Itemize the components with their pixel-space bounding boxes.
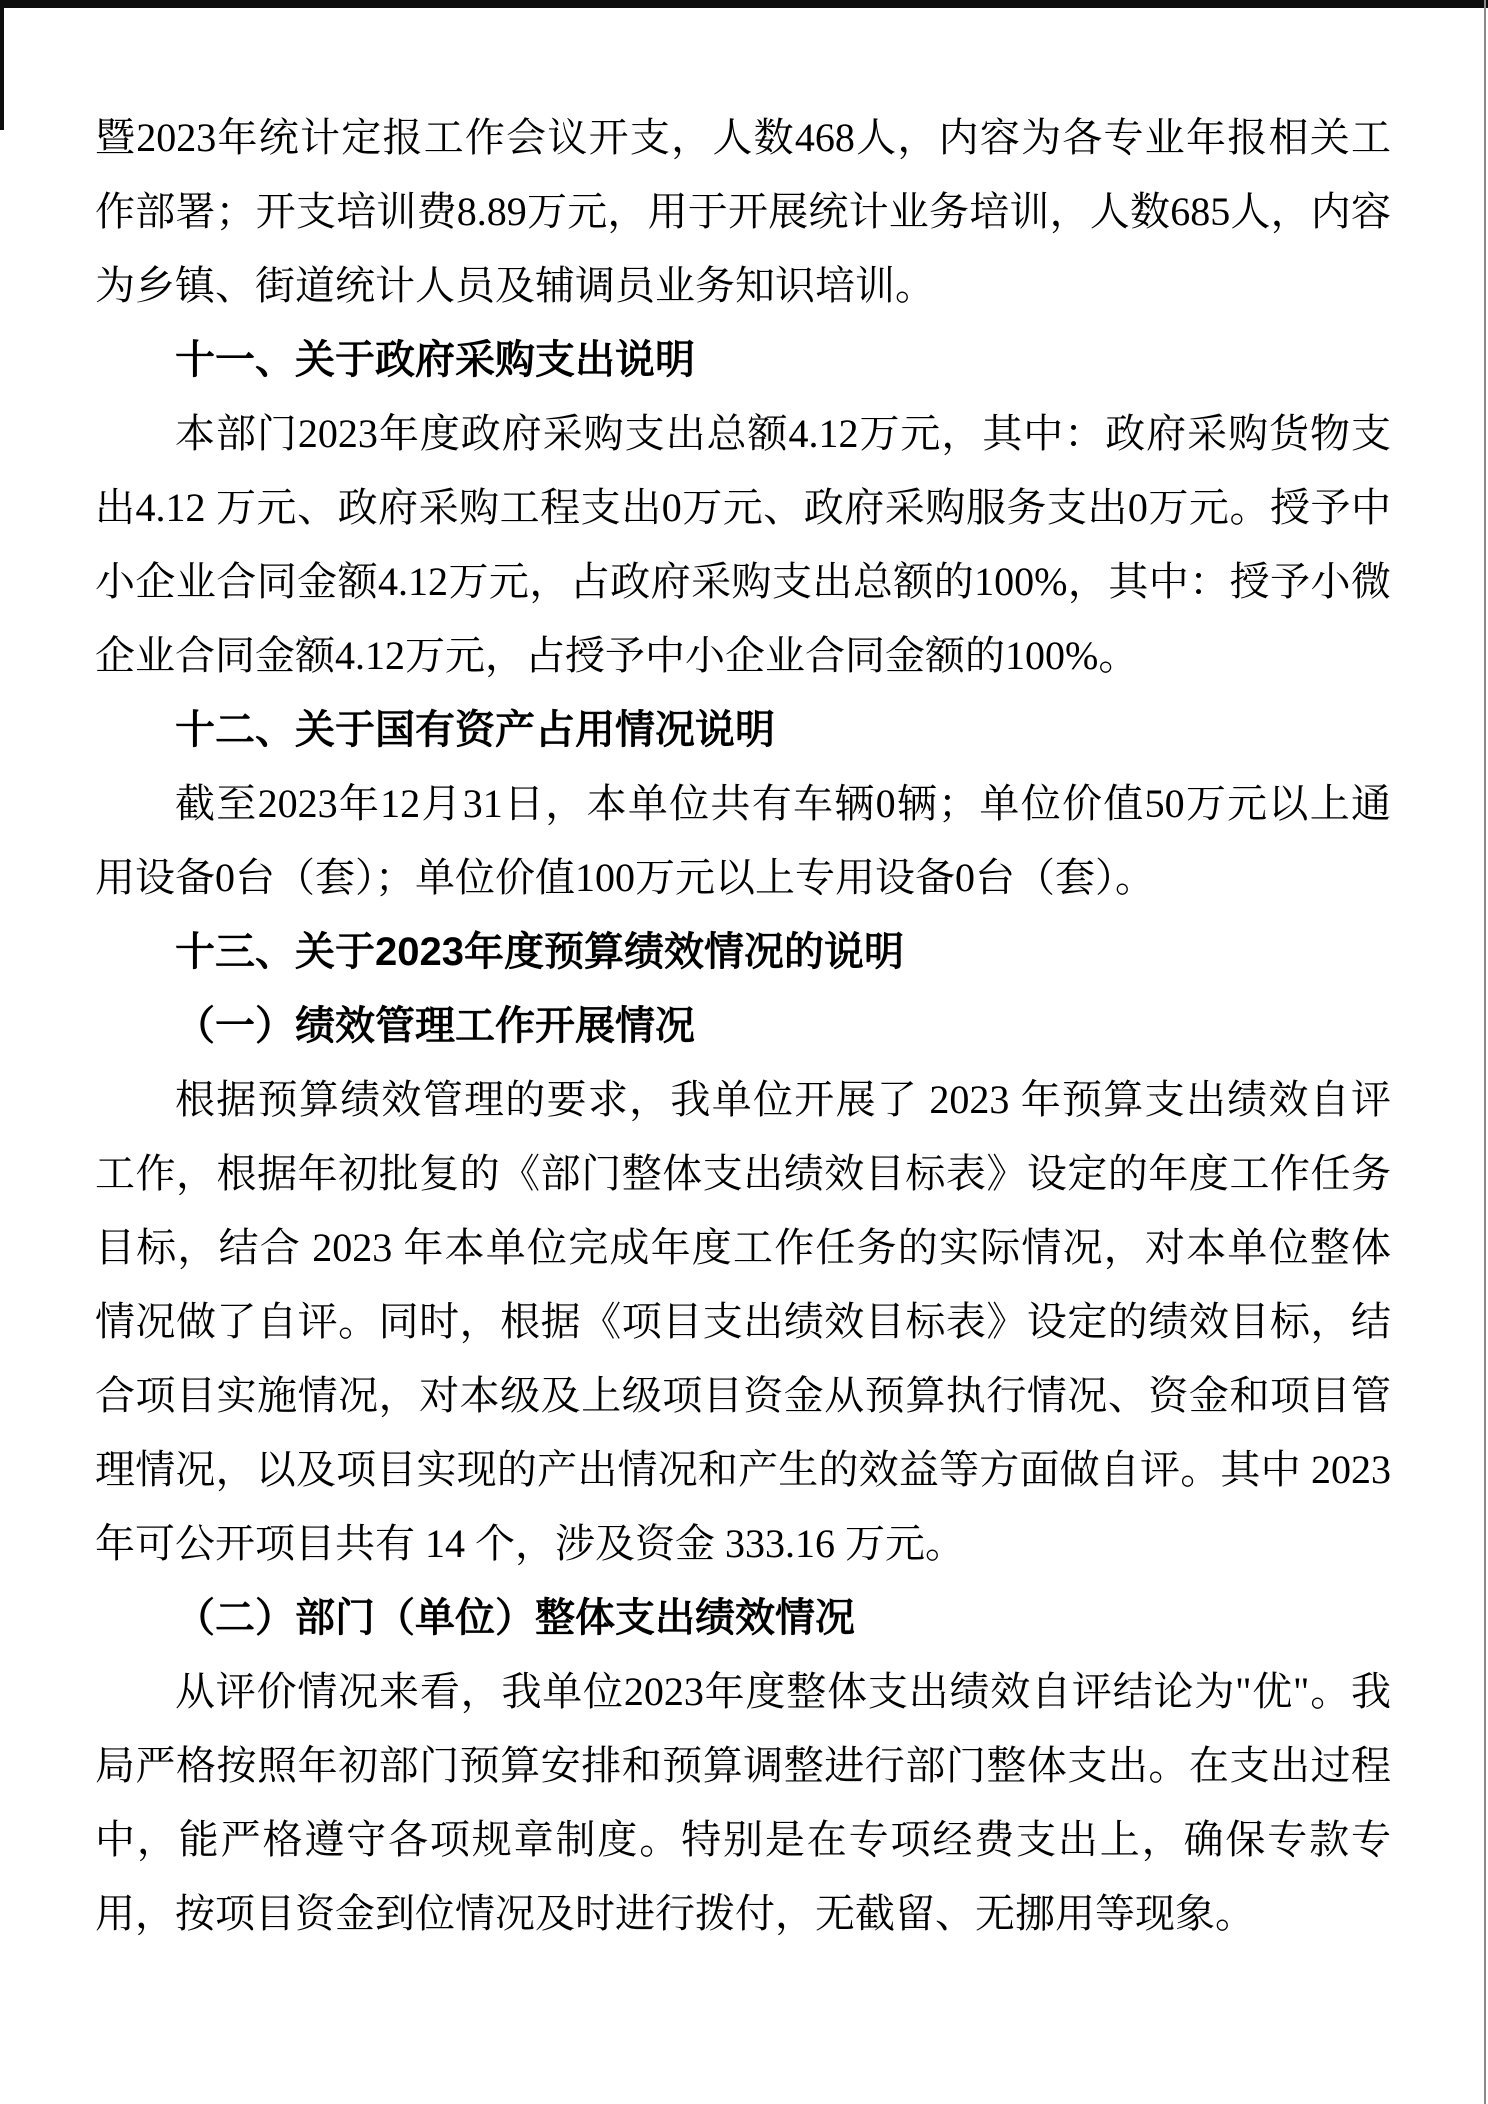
document-text-block: 暨2023年统计定报工作会议开支，人数468人，内容为各专业年报相关工作部署；开…	[95, 101, 1391, 1951]
paragraph-state-assets-detail: 截至2023年12月31日，本单位共有车辆0辆；单位价值50万元以上通用设备0台…	[95, 767, 1391, 915]
section-heading-12-state-assets: 十二、关于国有资产占用情况说明	[95, 693, 1391, 767]
paragraph-overall-performance-conclusion: 从评价情况来看，我单位2023年度整体支出绩效自评结论为"优"。我局严格按照年初…	[95, 1655, 1391, 1951]
scan-artifact-right-line	[1484, 0, 1486, 2104]
subsection-heading-2-overall-expenditure-performance: （二）部门（单位）整体支出绩效情况	[95, 1581, 1391, 1655]
paragraph-training-expense-continuation: 暨2023年统计定报工作会议开支，人数468人，内容为各专业年报相关工作部署；开…	[95, 101, 1391, 323]
paragraph-gov-procurement-detail: 本部门2023年度政府采购支出总额4.12万元，其中：政府采购货物支出4.12 …	[95, 397, 1391, 693]
paragraph-performance-self-evaluation: 根据预算绩效管理的要求，我单位开展了 2023 年预算支出绩效自评工作，根据年初…	[95, 1063, 1391, 1581]
document-page: 暨2023年统计定报工作会议开支，人数468人，内容为各专业年报相关工作部署；开…	[0, 0, 1488, 2104]
scan-artifact-top-bar	[0, 0, 1488, 8]
scan-artifact-left-bar	[0, 0, 4, 130]
section-heading-13-budget-performance: 十三、关于2023年度预算绩效情况的说明	[95, 915, 1391, 989]
section-heading-11-gov-procurement: 十一、关于政府采购支出说明	[95, 323, 1391, 397]
subsection-heading-1-performance-management: （一）绩效管理工作开展情况	[95, 989, 1391, 1063]
